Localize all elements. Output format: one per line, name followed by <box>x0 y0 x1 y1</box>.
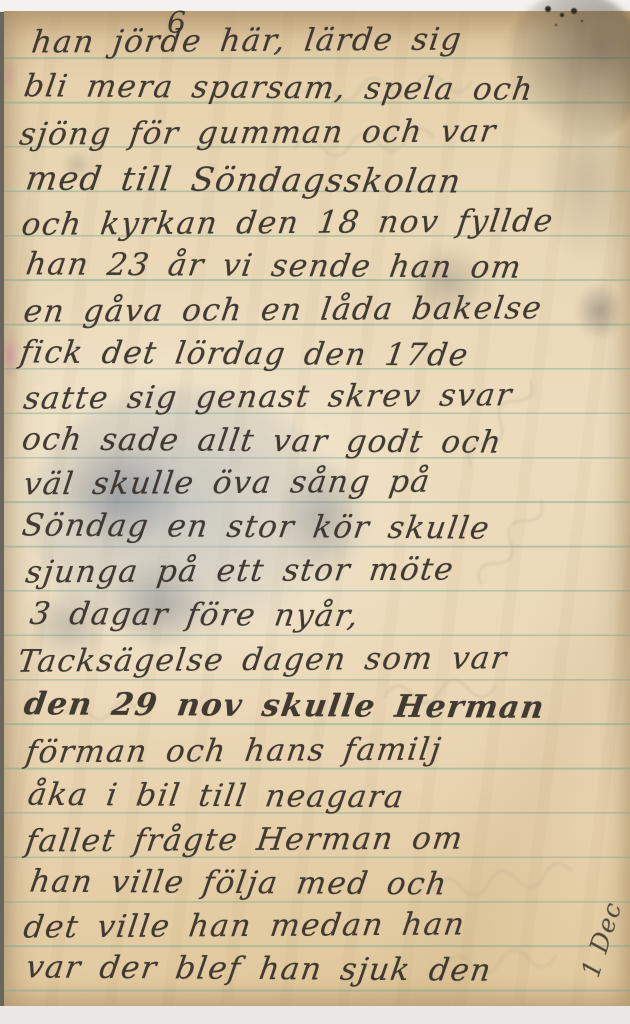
scanned-letter-page: { "page": { "kind": "scanned handwritten… <box>0 0 630 1024</box>
handwritten-line: han 23 år vi sende han om <box>24 249 524 283</box>
handwritten-line: fick det lördag den 17de <box>18 337 471 371</box>
handwritten-line: 3 dagar före nyår, <box>28 599 362 632</box>
handwritten-line: Tacksägelse dagen som var <box>16 643 510 677</box>
handwritten-line: den 29 nov skulle Herman <box>22 689 547 724</box>
handwritten-line: bli mera sparsam, spela och <box>22 71 536 106</box>
handwritten-line: sjunga på ett stor möte <box>24 555 457 589</box>
handwritten-line: åka i bil till neagara <box>26 780 407 814</box>
scanner-background-strip <box>0 1006 630 1024</box>
handwritten-line: var der blef han sjuk den <box>24 952 494 986</box>
handwritten-line: väl skulle öva sång på <box>22 467 433 501</box>
handwritten-line: sjöng för gumman och var <box>18 116 499 150</box>
handwritten-line: fallet frågte Herman om <box>24 823 466 857</box>
handwritten-line: en gåva och en låda bakelse <box>22 293 545 328</box>
handwritten-line: med till Söndagsskolan <box>24 161 464 197</box>
handwritten-line: satte sig genast skrev svar <box>22 380 515 414</box>
handwritten-line: han ville följa med och <box>28 867 450 901</box>
paper-left-edge-shadow <box>0 12 4 1006</box>
handwritten-line: förman och hans familj <box>24 735 444 769</box>
handwritten-line: Söndag en stor kör skulle <box>20 510 492 544</box>
handwritten-line: det ville han medan han <box>22 909 468 943</box>
handwritten-line: och kyrkan den 18 nov fyllde <box>20 206 556 241</box>
handwritten-line: han jörde här, lärde sig <box>30 24 464 58</box>
handwritten-line: och sade allt var godt och <box>20 424 504 458</box>
